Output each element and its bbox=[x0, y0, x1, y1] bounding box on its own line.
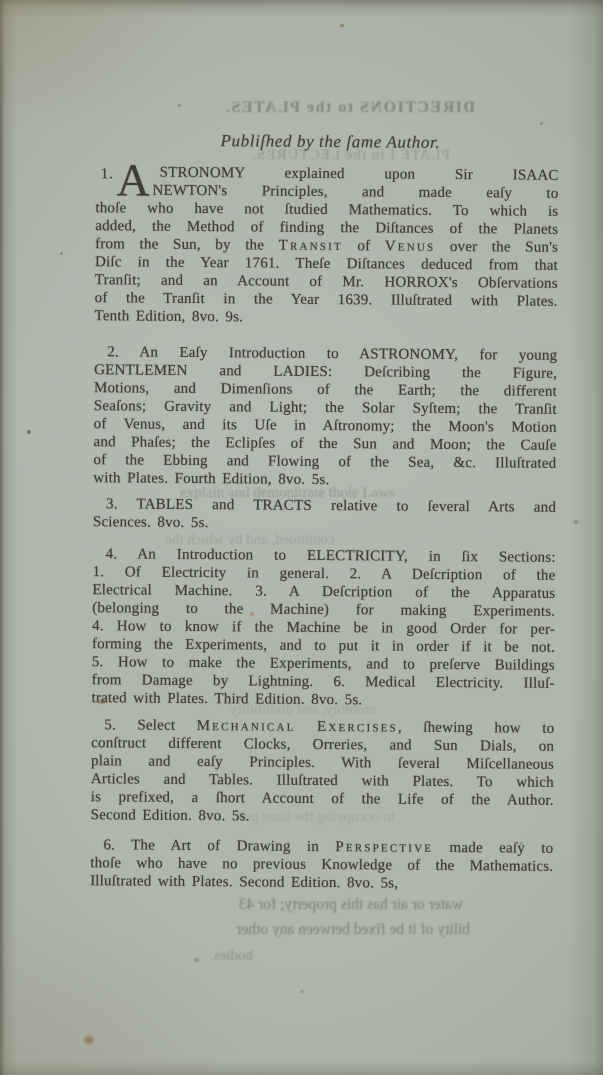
bleedthrough-text: bodies. bbox=[210, 947, 253, 965]
smallcaps-text: Perspective bbox=[335, 839, 433, 856]
text-line: Sciences. 8vo. 5s. bbox=[93, 513, 556, 535]
drop-cap: A bbox=[116, 160, 150, 200]
item-number: 1. bbox=[101, 165, 114, 183]
smallcaps-text: Exercises bbox=[317, 719, 398, 736]
text-block: Publiſhed by the ſame Author. 1.ASTRONOM… bbox=[90, 130, 559, 894]
page-header: Publiſhed by the ſame Author. bbox=[96, 130, 559, 154]
smallcaps-text: Mechanical bbox=[197, 718, 296, 735]
catalogue-item-1: 1.ASTRONOMY explained upon Sir ISAACNEWT… bbox=[94, 163, 558, 329]
scanned-book-page: DIRECTIONS to the PLATES.PLATE I in the … bbox=[0, 0, 603, 1075]
foxing-spot bbox=[540, 122, 543, 125]
foxing-spot bbox=[574, 520, 578, 524]
catalogue-item-5: 5. Select Mechanical Exercises, ſhewing … bbox=[91, 716, 555, 828]
smallcaps-text: Venus bbox=[385, 238, 436, 254]
foxing-spot bbox=[340, 24, 344, 27]
foxing-spot bbox=[60, 252, 63, 255]
bleedthrough-text: DIRECTIONS to the PLATES. bbox=[175, 99, 475, 117]
text-line: Tenth Edition, 8vo. 9s. bbox=[94, 307, 557, 329]
foxing-spot bbox=[178, 104, 181, 107]
text-line: Second Edition. 8vo. 5s. bbox=[91, 806, 554, 828]
text-line: trated with Plates. Third Edition. 8vo. … bbox=[91, 689, 554, 711]
catalogue-item-4: 4. An Introduction to ELECTRICITY, in ſi… bbox=[91, 545, 555, 711]
catalogue-item-2: 2. An Eaſy Introduction to ASTRONOMY, fo… bbox=[93, 343, 557, 491]
foxing-spot bbox=[84, 1036, 94, 1044]
smallcaps-text: Transit bbox=[279, 238, 343, 255]
bleedthrough-text: bility of it be fixed between any other bbox=[70, 921, 470, 939]
catalogue-item-3: 3. TABLES and TRACTS relative to ſeveral… bbox=[93, 495, 556, 535]
foxing-spot bbox=[27, 430, 31, 434]
bleedthrough-text: water or air has this property; for 43 bbox=[78, 896, 463, 914]
text-line: Illuſtrated with Plates. Second Edition.… bbox=[90, 872, 553, 894]
foxing-spot bbox=[300, 990, 304, 993]
catalogue-item-6: 6. The Art of Drawing in Perspective mad… bbox=[90, 836, 553, 894]
foxing-spot bbox=[194, 958, 199, 962]
text-line: with Plates. Fourth Edition, 8vo. 5s. bbox=[93, 469, 556, 491]
